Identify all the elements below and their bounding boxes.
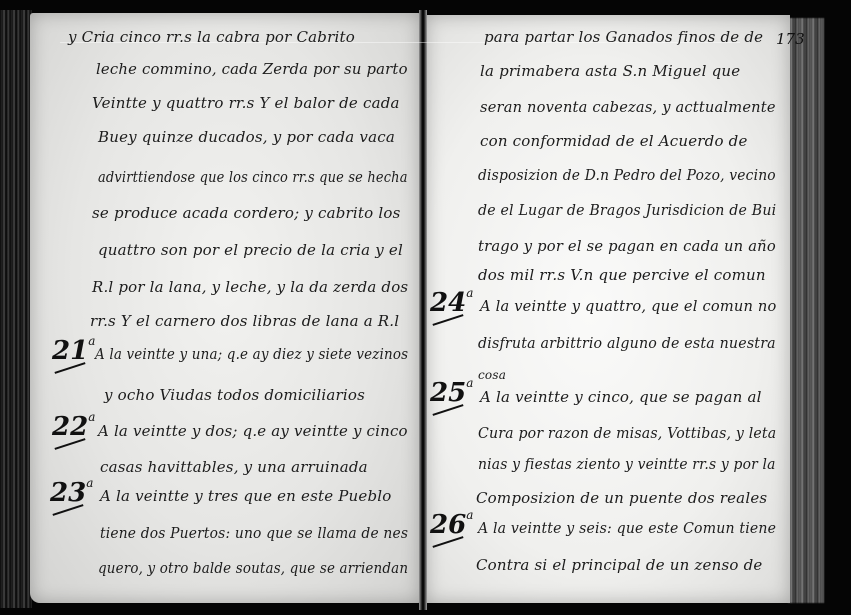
book-edge-right xyxy=(788,18,824,603)
section-24-line-3: cosa xyxy=(478,368,506,382)
section-number-26: 26a xyxy=(430,510,473,540)
right-line-4: con conformidad de el Acuerdo de xyxy=(480,132,748,150)
left-line-5: advirttiendose que los cinco rr.s que se… xyxy=(98,168,408,186)
right-line-5: disposizion de D.n Pedro del Pozo, vecin… xyxy=(478,166,776,184)
section-25-line-2: Cura por razon de misas, Vottibas, y let… xyxy=(478,424,776,442)
section-26-line-2: Contra si el principal de un zenso de xyxy=(476,556,762,574)
left-line-8: R.l por la lana, y leche, y la da zerda … xyxy=(92,278,408,296)
section-25-line-1: A la veintte y cinco, que se pagan al xyxy=(480,388,762,406)
left-line-4: Buey quinze ducados, y por cada vaca xyxy=(98,128,395,146)
section-23-line-3: quero, y otro balde soutas, que se arrie… xyxy=(98,559,408,577)
section-number-24: 24a xyxy=(430,288,473,318)
section-21-line-1: A la veintte y una; q.e ay diez y siete … xyxy=(95,345,408,363)
left-line-7: quattro son por el precio de la cria y e… xyxy=(98,241,403,259)
section-26-line-1: A la veintte y seis: que este Comun tien… xyxy=(478,519,776,537)
section-number-22: 22a xyxy=(52,412,95,442)
right-line-1: para partar los Ganados finos de de xyxy=(484,28,763,46)
section-number-25: 25a xyxy=(430,378,473,408)
section-22-line-1: A la veintte y dos; q.e ay veintte y cin… xyxy=(98,422,408,440)
section-number-23: 23a xyxy=(50,478,93,508)
left-line-1: y Cria cinco rr.s la cabra por Cabrito xyxy=(68,28,355,46)
left-line-3: Veintte y quattro rr.s Y el balor de cad… xyxy=(92,94,400,112)
left-line-9: rr.s Y el carnero dos libras de lana a R… xyxy=(90,312,399,330)
section-23-line-1: A la veintte y tres que en este Pueblo xyxy=(100,487,392,505)
section-25-line-3: nias y fiestas ziento y veintte rr.s y p… xyxy=(478,455,776,473)
right-line-6: de el Lugar de Bragos Jurisdicion de Bui xyxy=(478,201,776,219)
section-number-21: 21a xyxy=(52,336,95,366)
section-25-line-4: Composizion de un puente dos reales xyxy=(476,489,767,507)
right-line-7: trago y por el se pagan en cada un año xyxy=(478,237,776,255)
left-line-2: leche commino, cada Zerda por su parto xyxy=(96,60,408,78)
section-24-line-2: disfruta arbittrio alguno de esta nuestr… xyxy=(478,334,776,352)
section-22-line-2: casas havittables, y una arruinada xyxy=(100,458,368,476)
right-line-3: seran noventa cabezas, y acttualmente xyxy=(480,98,776,116)
section-21-line-2: y ocho Viudas todos domiciliarios xyxy=(104,386,365,404)
left-line-6: se produce acada cordero; y cabrito los xyxy=(92,204,400,222)
section-24-line-1: A la veintte y quattro, que el comun no xyxy=(480,297,777,315)
folio-number: 173 xyxy=(776,30,805,48)
right-line-8: dos mil rr.s V.n que percive el comun xyxy=(478,266,766,284)
book-gutter xyxy=(419,10,427,610)
book-edge-left xyxy=(0,10,32,608)
section-23-line-2: tiene dos Puertos: uno que se llama de n… xyxy=(100,524,408,542)
right-line-2: la primabera asta S.n Miguel que xyxy=(480,62,740,80)
